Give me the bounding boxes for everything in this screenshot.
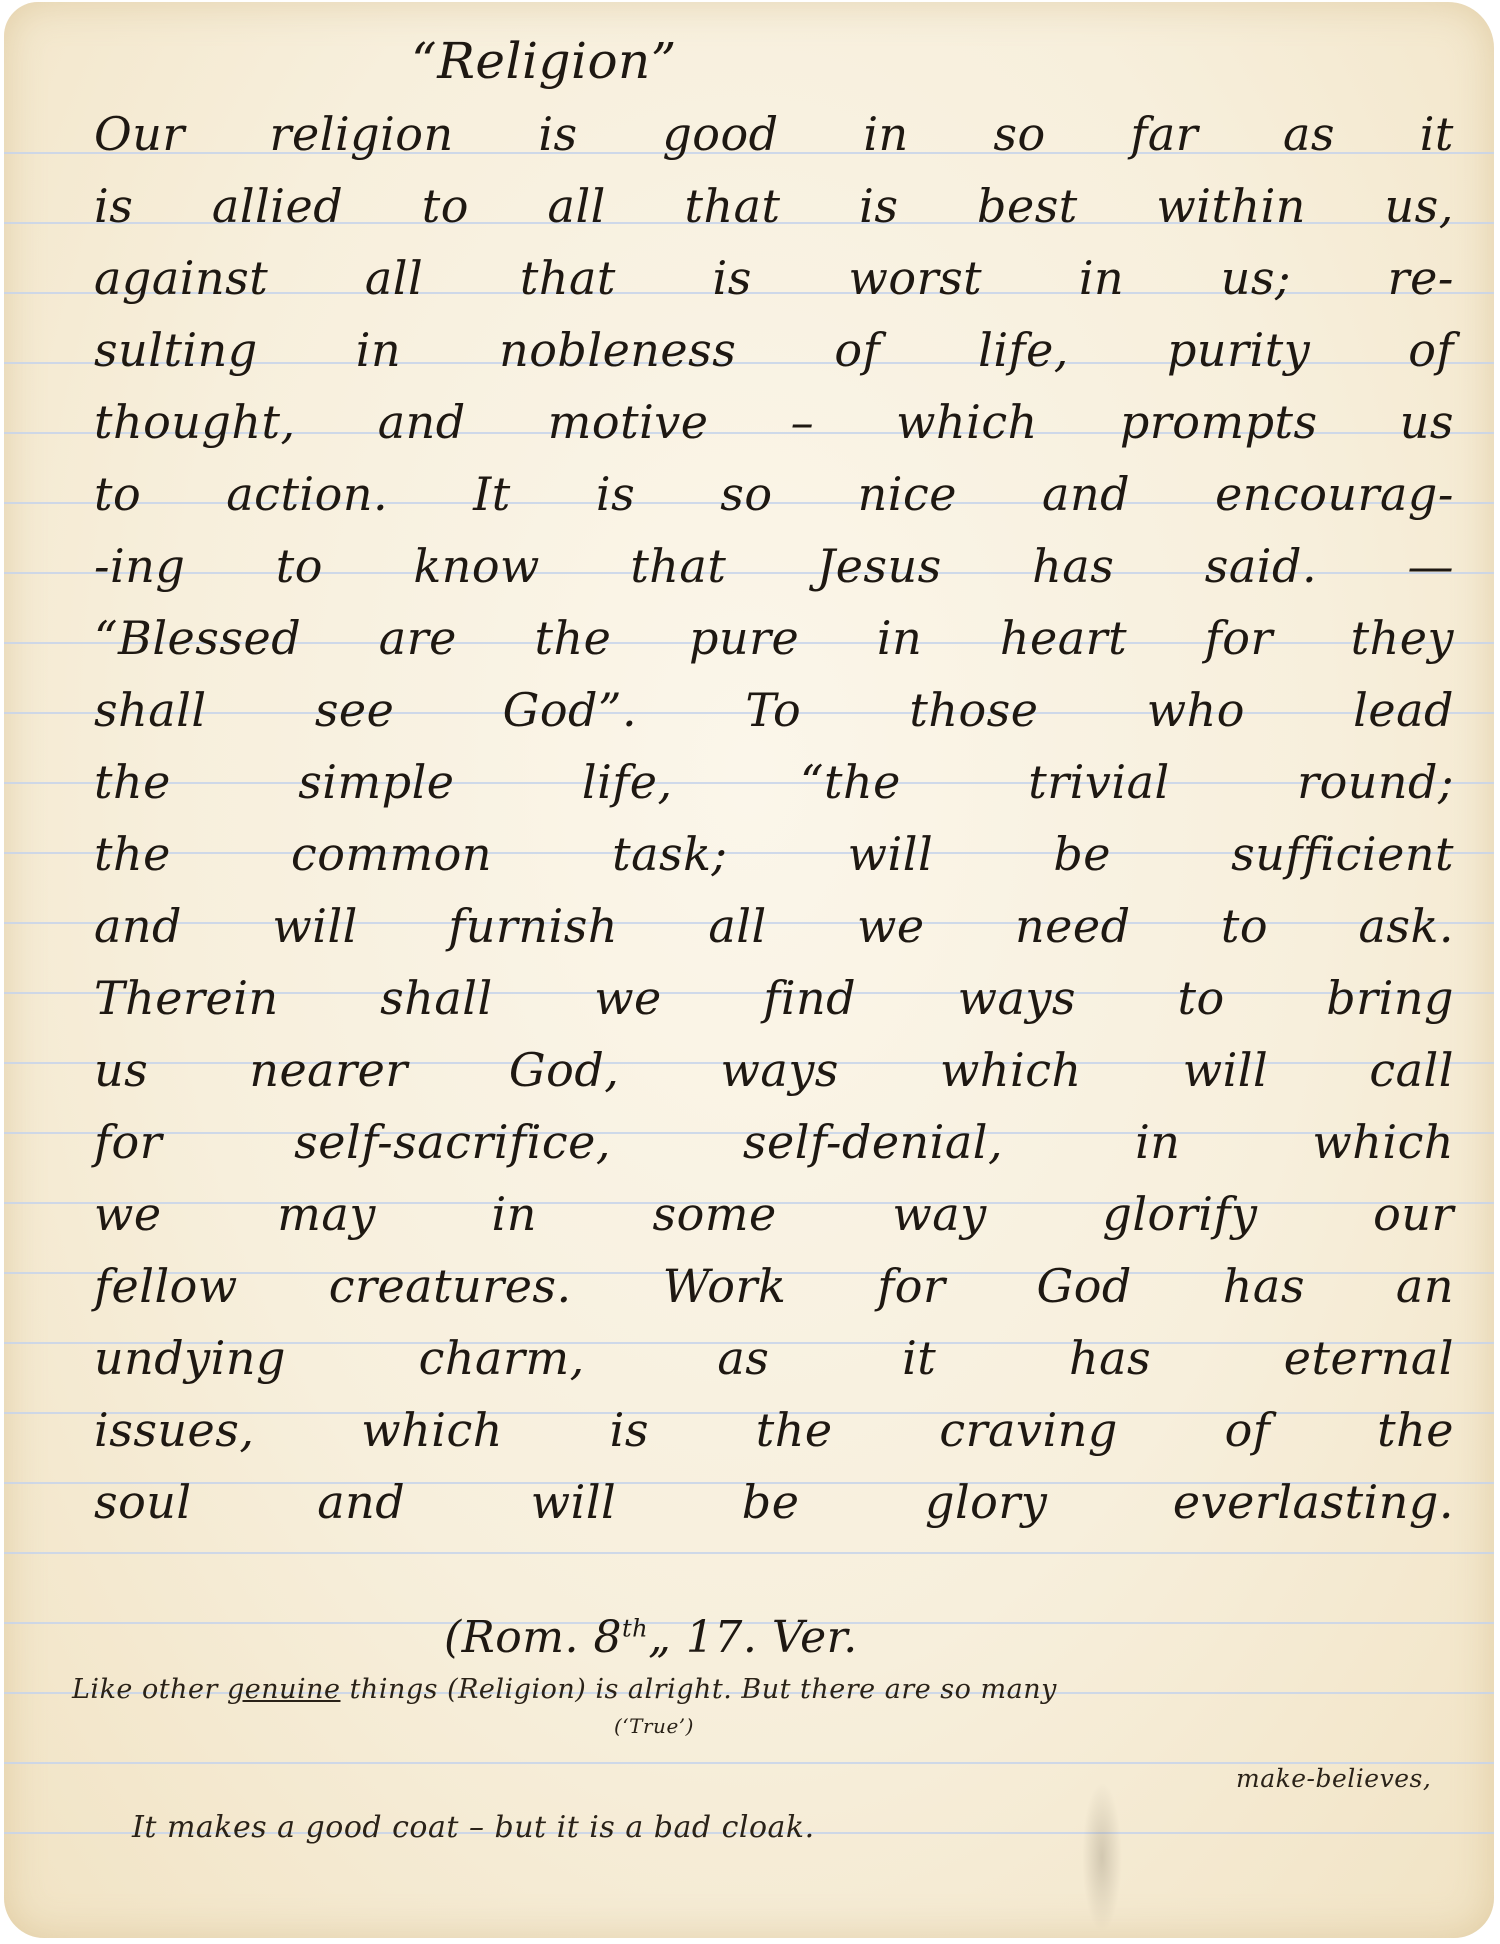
word: good [662,107,778,161]
word: for [877,1259,945,1313]
word: we [94,1187,162,1241]
word: lead [1353,683,1454,737]
word: some [653,1187,777,1241]
word: the [1377,1403,1454,1457]
word: and [378,395,466,449]
body-line: Ourreligionisgoodinsofarasit [94,107,1454,161]
word: nice [858,467,957,521]
note-text-before: Like other [72,1674,227,1705]
word: that [520,251,616,305]
word: all [708,899,766,953]
word: everlasting. [1173,1475,1454,1529]
word: who [1147,683,1245,737]
word: that [684,179,780,233]
word: self-sacrifice, [294,1115,611,1169]
word: -ing [94,539,185,593]
word: of [834,323,880,377]
word: our [1373,1187,1454,1241]
word: for [1205,611,1273,665]
word: of [1408,323,1454,377]
word: of [1225,1403,1271,1457]
word: and [317,1475,405,1529]
word: find [763,971,856,1025]
word: – [791,395,815,449]
body-line: isalliedtoallthatisbestwithinus, [94,179,1454,233]
word: Jesus [817,539,942,593]
word: in [863,107,908,161]
word: the [756,1403,833,1457]
word: God”. [503,683,638,737]
body-line: thecommontask;willbesufficient [94,827,1454,881]
word: far [1130,107,1198,161]
word: purity [1167,323,1310,377]
body-line: toaction.Itissoniceandencourag- [94,467,1454,521]
word: the [94,827,171,881]
word: nobleness [499,323,736,377]
word: charm, [419,1331,585,1385]
body-line: thought,andmotive–whichpromptsus [94,395,1454,449]
word: ways [721,1043,839,1097]
note-insertion: (‘True’) [614,1714,694,1738]
word: us, [1385,179,1454,233]
reference-superscript: th [622,1614,648,1642]
word: God, [509,1043,620,1097]
word: to [1178,971,1225,1025]
word: furnish [448,899,618,953]
note-underlined-word: genuine [227,1674,341,1705]
body-line: -ingtoknowthatJesushassaid.— [94,539,1454,593]
word: ways [958,971,1076,1025]
word: know [413,539,540,593]
word: way [892,1187,986,1241]
word: action. [226,467,388,521]
word: need [1015,899,1131,953]
word: as [717,1331,769,1385]
word: soul [94,1475,192,1529]
word: thought, [94,395,296,449]
word: are [379,611,457,665]
body-line: sultinginnoblenessoflife,purityof [94,323,1454,377]
word: will [531,1475,617,1529]
word: sufficient [1231,827,1454,881]
word: motive [548,395,709,449]
word: worst [849,251,983,305]
word: has [1069,1331,1151,1385]
word: which [361,1403,503,1457]
note-line-1: Like other genuine things (Religion) is … [72,1674,1057,1705]
word: “the [800,755,901,809]
word: all [365,251,423,305]
word: undying [94,1331,286,1385]
paper-stain [1082,1782,1122,1932]
ruled-line [4,1552,1494,1554]
note-line-2: make-believes, [1236,1764,1431,1793]
word: encourag- [1215,467,1454,521]
body-line: shallseeGod”.Tothosewholead [94,683,1454,737]
word: re- [1388,251,1454,305]
word: ask. [1358,899,1454,953]
note-line-3: It makes a good coat – but it is a bad c… [132,1810,815,1845]
word: To [745,683,801,737]
word: which [896,395,1038,449]
word: said. [1205,539,1317,593]
word: to [422,179,469,233]
word: we [594,971,662,1025]
word: the [535,611,612,665]
note-text-after: things (Religion) is alright. But there … [341,1674,1057,1705]
reference-suffix: „ 17. Ver. [648,1612,858,1663]
word: see [315,683,395,737]
word: trivial [1028,755,1170,809]
word: call [1369,1043,1454,1097]
word: task; [612,827,727,881]
word: simple [298,755,454,809]
body-line: wemayinsomewayglorifyour [94,1187,1454,1241]
word: glorify [1102,1187,1257,1241]
word: “Blessed [94,611,301,665]
word: has [1032,539,1114,593]
body-line: undyingcharm,asithaseternal [94,1331,1454,1385]
word: they [1351,611,1454,665]
body-line: issues,whichisthecravingofthe [94,1403,1454,1457]
word: us [94,1043,148,1097]
word: in [492,1187,537,1241]
word: shall [380,971,493,1025]
notebook-page: “Religion” Ourreligionisgoodinsofarasiti… [4,2,1494,1938]
word: in [1135,1115,1180,1169]
word: will [848,827,934,881]
word: life, [582,755,673,809]
body-line: Thereinshallwefindwaystobring [94,971,1454,1025]
word: self-denial, [743,1115,1003,1169]
body-line: “Blessedarethepureinheartforthey [94,611,1454,665]
word: which [1312,1115,1454,1169]
word: life, [978,323,1069,377]
word: common [291,827,492,881]
word: the [94,755,171,809]
word: all [548,179,606,233]
word: craving [939,1403,1117,1457]
word: sulting [94,323,258,377]
word: be [1053,827,1111,881]
word: in [877,611,922,665]
word: will [272,899,358,953]
word: pure [689,611,799,665]
word: fellow [94,1259,238,1313]
word: Work [663,1259,787,1313]
word: It [473,467,511,521]
body-line: forself-sacrifice,self-denial,inwhich [94,1115,1454,1169]
word: Our [94,107,185,161]
word: is [610,1403,649,1457]
word: so [993,107,1045,161]
word: shall [94,683,207,737]
word: as [1283,107,1335,161]
word: has [1223,1259,1305,1313]
word: is [859,179,898,233]
word: to [94,467,141,521]
word: we [857,899,925,953]
body-line: andwillfurnishallweneedtoask. [94,899,1454,953]
word: eternal [1284,1331,1454,1385]
body-line: againstallthatisworstinus;re- [94,251,1454,305]
word: and [94,899,182,953]
word: bring [1326,971,1454,1025]
word: to [276,539,323,593]
word: it [902,1331,936,1385]
word: Therein [94,971,279,1025]
word: God [1036,1259,1131,1313]
word: it [1420,107,1454,161]
word: may [277,1187,376,1241]
word: is [713,251,752,305]
word: against [94,251,268,305]
word: us; [1221,251,1291,305]
word: within [1156,179,1306,233]
body-line: thesimplelife,“thetrivialround; [94,755,1454,809]
word: is [94,179,133,233]
body-line: fellowcreatures.WorkforGodhasan [94,1259,1454,1313]
word: prompts [1120,395,1318,449]
body-line: soulandwillbegloryeverlasting. [94,1475,1454,1529]
word: issues, [94,1403,255,1457]
word: for [94,1115,162,1169]
word: is [538,107,577,161]
word: be [742,1475,800,1529]
word: to [1221,899,1268,953]
word: those [909,683,1038,737]
word: us [1400,395,1454,449]
word: so [720,467,772,521]
word: an [1396,1259,1454,1313]
word: — [1407,539,1454,593]
word: nearer [249,1043,407,1097]
word: glory [925,1475,1047,1529]
word: in [1079,251,1124,305]
word: is [596,467,635,521]
word: and [1042,467,1130,521]
word: religion [270,107,454,161]
word: that [630,539,726,593]
word: best [977,179,1078,233]
scripture-reference: (Rom. 8th„ 17. Ver. [444,1612,858,1663]
body-line: usnearerGod,wayswhichwillcall [94,1043,1454,1097]
word: which [940,1043,1082,1097]
word: round; [1297,755,1454,809]
page-title: “Religion” [4,32,1084,90]
word: in [356,323,401,377]
word: creatures. [329,1259,572,1313]
reference-prefix: (Rom. 8 [444,1612,622,1663]
word: allied [212,179,343,233]
word: will [1183,1043,1269,1097]
word: heart [1000,611,1127,665]
